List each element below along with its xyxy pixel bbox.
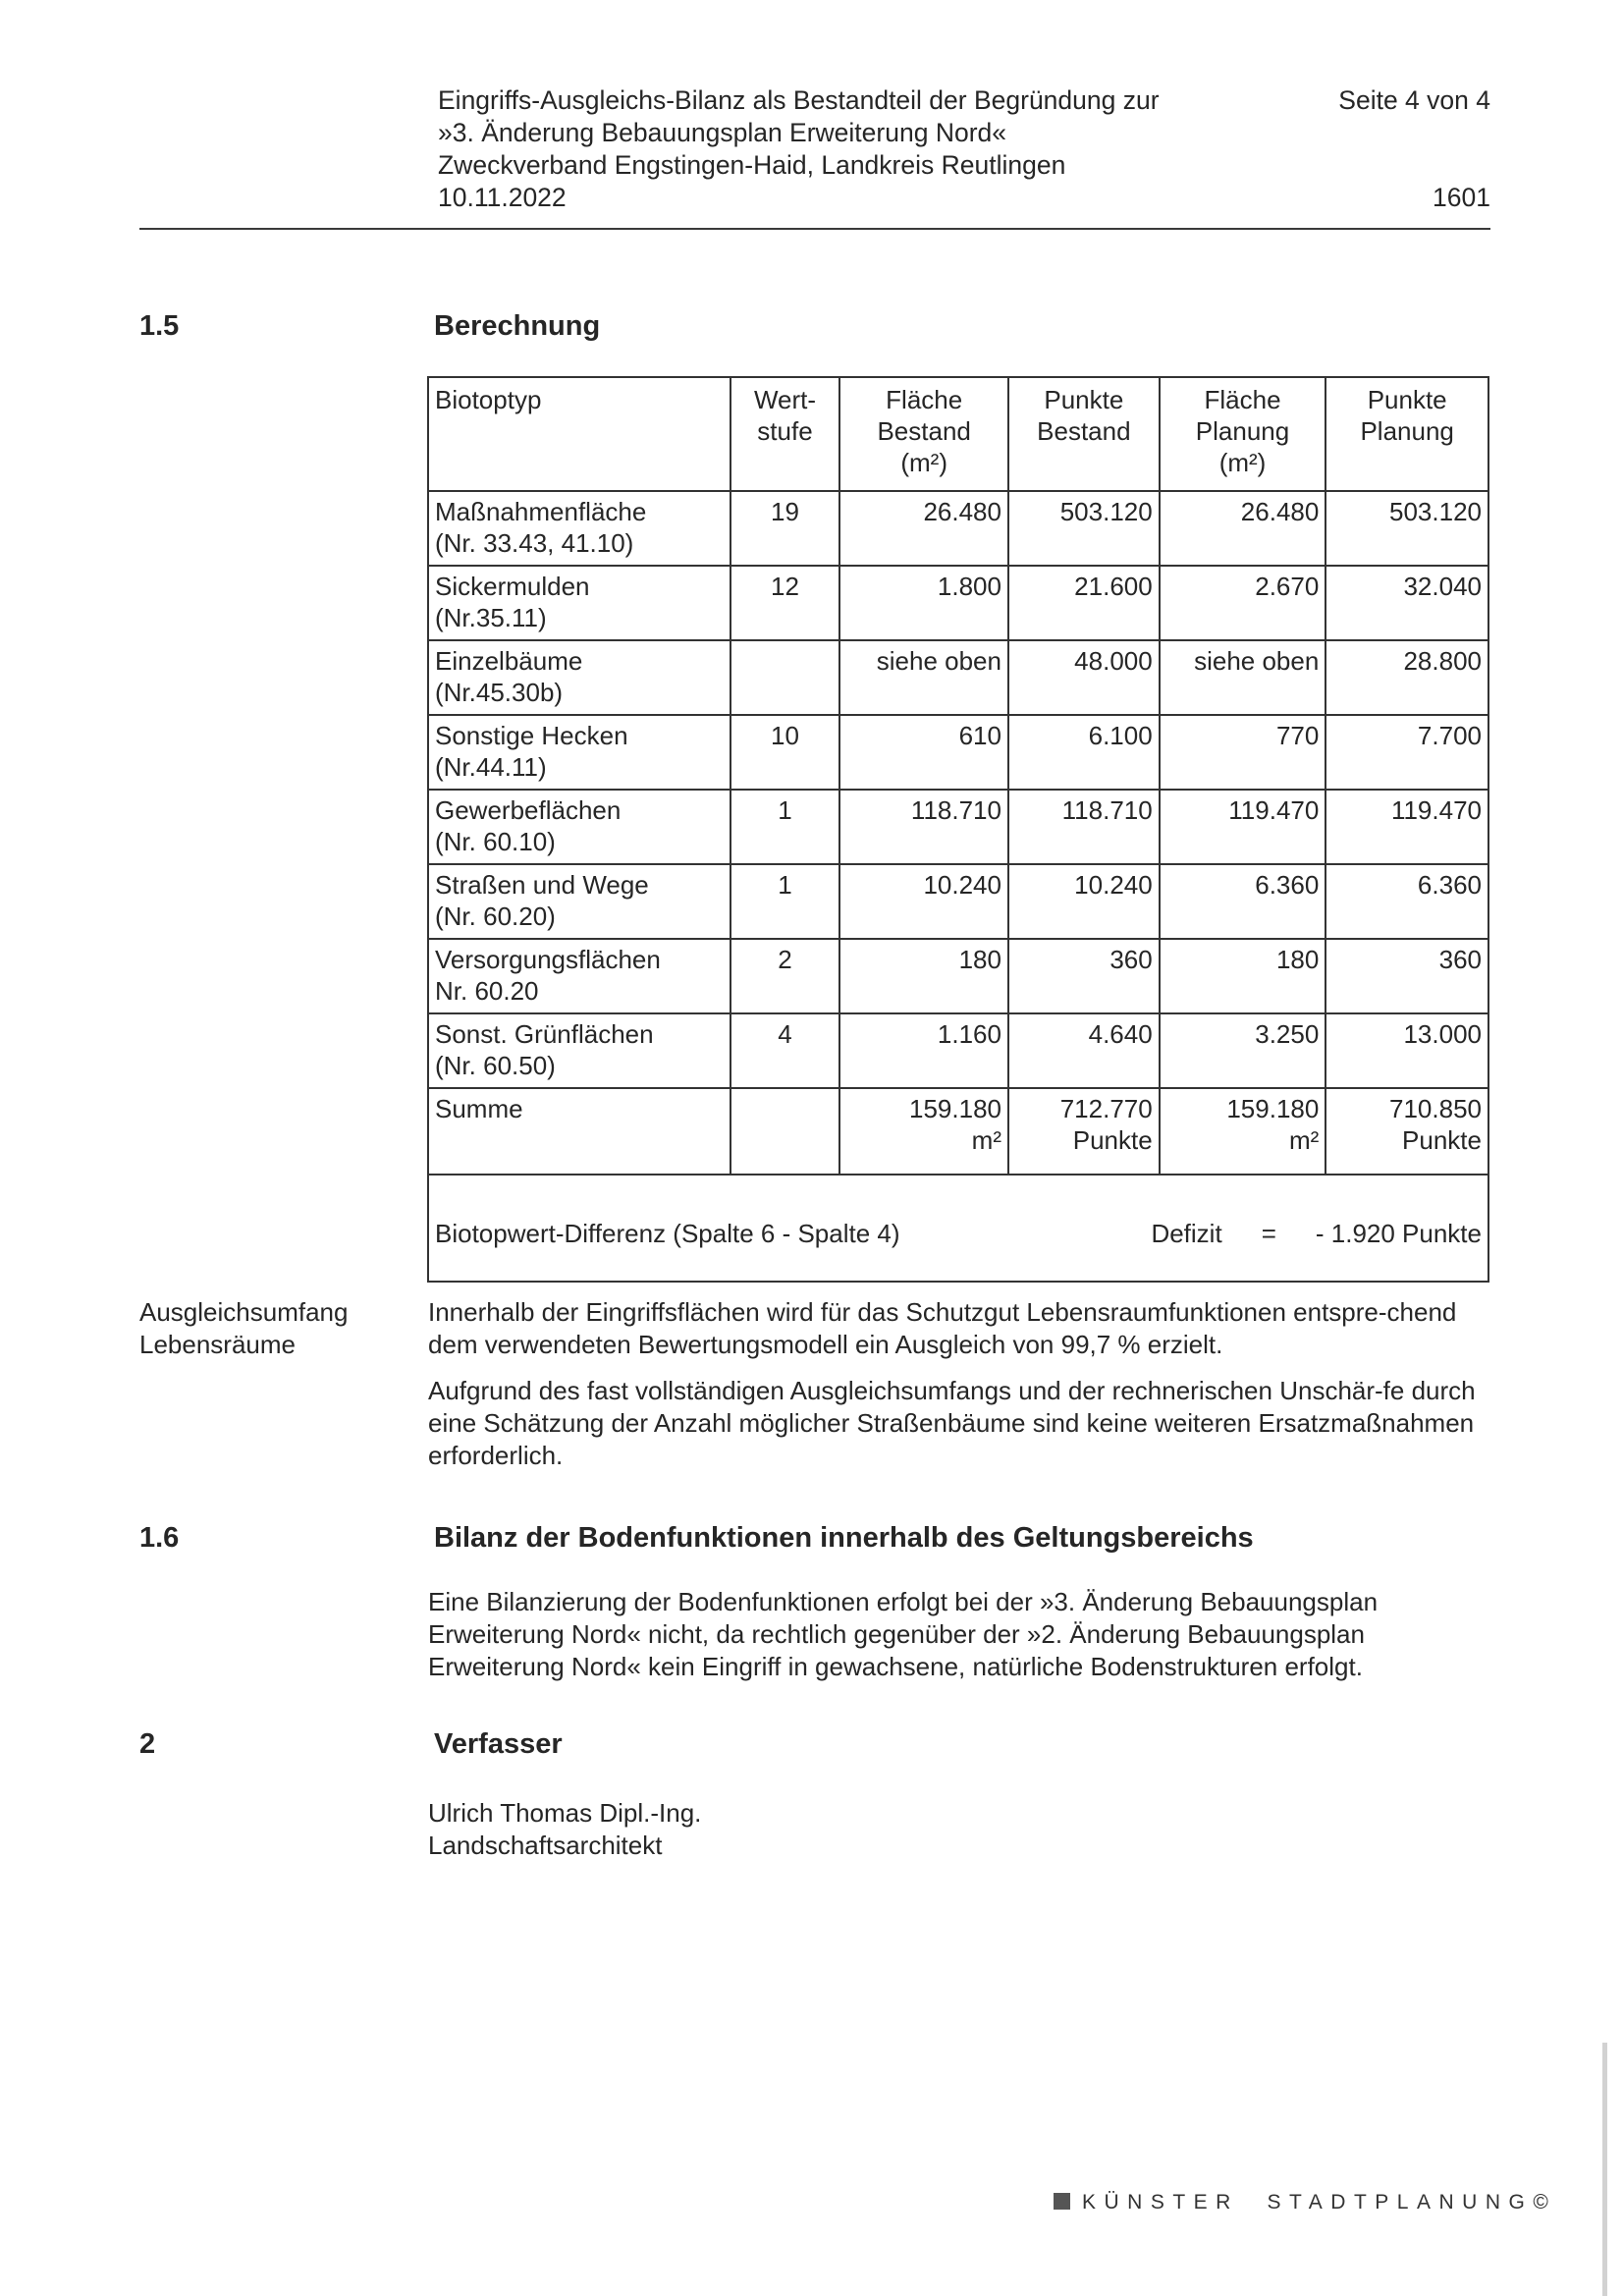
section-number: 1.6 xyxy=(139,1522,179,1555)
table-row: Sonstige Hecken(Nr.44.11)106106.1007707.… xyxy=(428,715,1488,790)
wertstufe: 12 xyxy=(730,566,840,640)
flaeche-planung: 6.360 xyxy=(1160,864,1326,939)
flaeche-planung: 119.470 xyxy=(1160,790,1326,864)
biotope-type: Maßnahmenfläche(Nr. 33.43, 41.10) xyxy=(428,491,730,566)
flaeche-planung: 3.250 xyxy=(1160,1013,1326,1088)
table-row: Maßnahmenfläche(Nr. 33.43, 41.10)1926.48… xyxy=(428,491,1488,566)
difference-value: - 1.920 Punkte xyxy=(1316,1218,1482,1249)
column-header: Biotoptyp xyxy=(428,377,730,491)
punkte-bestand: 48.000 xyxy=(1008,640,1160,715)
flaeche-planung: 26.480 xyxy=(1160,491,1326,566)
header-date: 10.11.2022 xyxy=(438,182,1243,214)
punkte-bestand: 503.120 xyxy=(1008,491,1160,566)
punkte-bestand: 4.640 xyxy=(1008,1013,1160,1088)
punkte-planung: 503.120 xyxy=(1325,491,1488,566)
punkte-bestand: 118.710 xyxy=(1008,790,1160,864)
punkte-bestand: 21.600 xyxy=(1008,566,1160,640)
scan-edge xyxy=(1602,2043,1607,2296)
paragraph: Aufgrund des fast vollständigen Ausgleic… xyxy=(428,1375,1488,1472)
biotope-type: VersorgungsflächenNr. 60.20 xyxy=(428,939,730,1013)
table-header-row: Biotoptyp Wert-stufe FlächeBestand(m²) P… xyxy=(428,377,1488,491)
author-name: Ulrich Thomas Dipl.-Ing. xyxy=(428,1797,1488,1830)
punkte-planung: 13.000 xyxy=(1325,1013,1488,1088)
column-header: PunkteBestand xyxy=(1008,377,1160,491)
flaeche-bestand: 1.800 xyxy=(839,566,1008,640)
biotope-type: Sonstige Hecken(Nr.44.11) xyxy=(428,715,730,790)
page-indicator: Seite 4 von 4 xyxy=(1276,84,1490,117)
sum-label: Summe xyxy=(428,1088,730,1175)
flaeche-bestand: siehe oben xyxy=(839,640,1008,715)
wertstufe: 1 xyxy=(730,790,840,864)
ausgleich-text: Innerhalb der Eingriffsflächen wird für … xyxy=(428,1296,1488,1486)
biotope-type: Sickermulden(Nr.35.11) xyxy=(428,566,730,640)
table-row: Sonst. Grünflächen(Nr. 60.50)41.1604.640… xyxy=(428,1013,1488,1088)
flaeche-bestand: 26.480 xyxy=(839,491,1008,566)
biotope-type: Straßen und Wege(Nr. 60.20) xyxy=(428,864,730,939)
author-block: Ulrich Thomas Dipl.-Ing. Landschaftsarch… xyxy=(428,1797,1488,1862)
flaeche-planung: 180 xyxy=(1160,939,1326,1013)
paragraph: Innerhalb der Eingriffsflächen wird für … xyxy=(428,1296,1488,1361)
table-row: Sickermulden(Nr.35.11)121.80021.6002.670… xyxy=(428,566,1488,640)
section-title: Verfasser xyxy=(434,1728,563,1761)
difference-equals: = xyxy=(1262,1218,1276,1249)
column-header: Wert-stufe xyxy=(730,377,840,491)
biotope-type: Einzelbäume(Nr.45.30b) xyxy=(428,640,730,715)
flaeche-planung: siehe oben xyxy=(1160,640,1326,715)
header-organization: Zweckverband Engstingen-Haid, Landkreis … xyxy=(438,149,1243,182)
document-number: 1601 xyxy=(1276,182,1490,214)
difference-label: Biotopwert-Differenz (Spalte 6 - Spalte … xyxy=(435,1218,900,1249)
flaeche-bestand: 118.710 xyxy=(839,790,1008,864)
section-number: 2 xyxy=(139,1728,155,1761)
sum-punkte-planung: 710.850Punkte xyxy=(1325,1088,1488,1175)
table-row: VersorgungsflächenNr. 60.202180360180360 xyxy=(428,939,1488,1013)
wertstufe: 10 xyxy=(730,715,840,790)
punkte-bestand: 360 xyxy=(1008,939,1160,1013)
bodenfunktionen-text: Eine Bilanzierung der Bodenfunktionen er… xyxy=(428,1586,1469,1697)
flaeche-planung: 2.670 xyxy=(1160,566,1326,640)
footer-brand: KÜNSTER STADTPLANUNG© xyxy=(1054,2191,1556,2214)
sum-flaeche-bestand: 159.180m² xyxy=(839,1088,1008,1175)
wertstufe xyxy=(730,640,840,715)
flaeche-bestand: 1.160 xyxy=(839,1013,1008,1088)
table-sum-row: Summe 159.180m² 712.770Punkte 159.180m² … xyxy=(428,1088,1488,1175)
table-row: Einzelbäume(Nr.45.30b)siehe oben48.000si… xyxy=(428,640,1488,715)
section-title: Berechnung xyxy=(434,310,600,343)
section-title: Bilanz der Bodenfunktionen innerhalb des… xyxy=(434,1522,1254,1555)
punkte-planung: 28.800 xyxy=(1325,640,1488,715)
table-difference-row: Biotopwert-Differenz (Spalte 6 - Spalte … xyxy=(428,1175,1488,1282)
punkte-planung: 119.470 xyxy=(1325,790,1488,864)
paragraph: Eine Bilanzierung der Bodenfunktionen er… xyxy=(428,1586,1469,1683)
section-number: 1.5 xyxy=(139,310,179,343)
square-logo-icon xyxy=(1054,2193,1070,2210)
punkte-bestand: 10.240 xyxy=(1008,864,1160,939)
wertstufe: 4 xyxy=(730,1013,840,1088)
flaeche-planung: 770 xyxy=(1160,715,1326,790)
table-row: Straßen und Wege(Nr. 60.20)110.24010.240… xyxy=(428,864,1488,939)
header-title-line-1: Eingriffs-Ausgleichs-Bilanz als Bestandt… xyxy=(438,84,1243,117)
punkte-planung: 360 xyxy=(1325,939,1488,1013)
wertstufe: 1 xyxy=(730,864,840,939)
sum-flaeche-planung: 159.180m² xyxy=(1160,1088,1326,1175)
biotope-balance-table: Biotoptyp Wert-stufe FlächeBestand(m²) P… xyxy=(427,376,1489,1283)
column-header: PunktePlanung xyxy=(1325,377,1488,491)
header-title-line-2: »3. Änderung Bebauungsplan Erweiterung N… xyxy=(438,117,1243,149)
wertstufe: 2 xyxy=(730,939,840,1013)
column-header: FlächePlanung(m²) xyxy=(1160,377,1326,491)
difference-kind: Defizit xyxy=(1151,1218,1221,1249)
punkte-bestand: 6.100 xyxy=(1008,715,1160,790)
table-row: Gewerbeflächen(Nr. 60.10)1118.710118.710… xyxy=(428,790,1488,864)
biotope-type: Sonst. Grünflächen(Nr. 60.50) xyxy=(428,1013,730,1088)
punkte-planung: 32.040 xyxy=(1325,566,1488,640)
author-profession: Landschaftsarchitekt xyxy=(428,1830,1488,1862)
flaeche-bestand: 180 xyxy=(839,939,1008,1013)
header-right: Seite 4 von 4 1601 xyxy=(1276,84,1490,214)
document-header: Eingriffs-Ausgleichs-Bilanz als Bestandt… xyxy=(438,84,1243,214)
punkte-planung: 6.360 xyxy=(1325,864,1488,939)
flaeche-bestand: 10.240 xyxy=(839,864,1008,939)
header-divider xyxy=(139,228,1490,230)
punkte-planung: 7.700 xyxy=(1325,715,1488,790)
column-header: FlächeBestand(m²) xyxy=(839,377,1008,491)
wertstufe: 19 xyxy=(730,491,840,566)
flaeche-bestand: 610 xyxy=(839,715,1008,790)
sum-punkte-bestand: 712.770Punkte xyxy=(1008,1088,1160,1175)
side-label: Ausgleichsumfang Lebensräume xyxy=(139,1296,348,1361)
biotope-type: Gewerbeflächen(Nr. 60.10) xyxy=(428,790,730,864)
